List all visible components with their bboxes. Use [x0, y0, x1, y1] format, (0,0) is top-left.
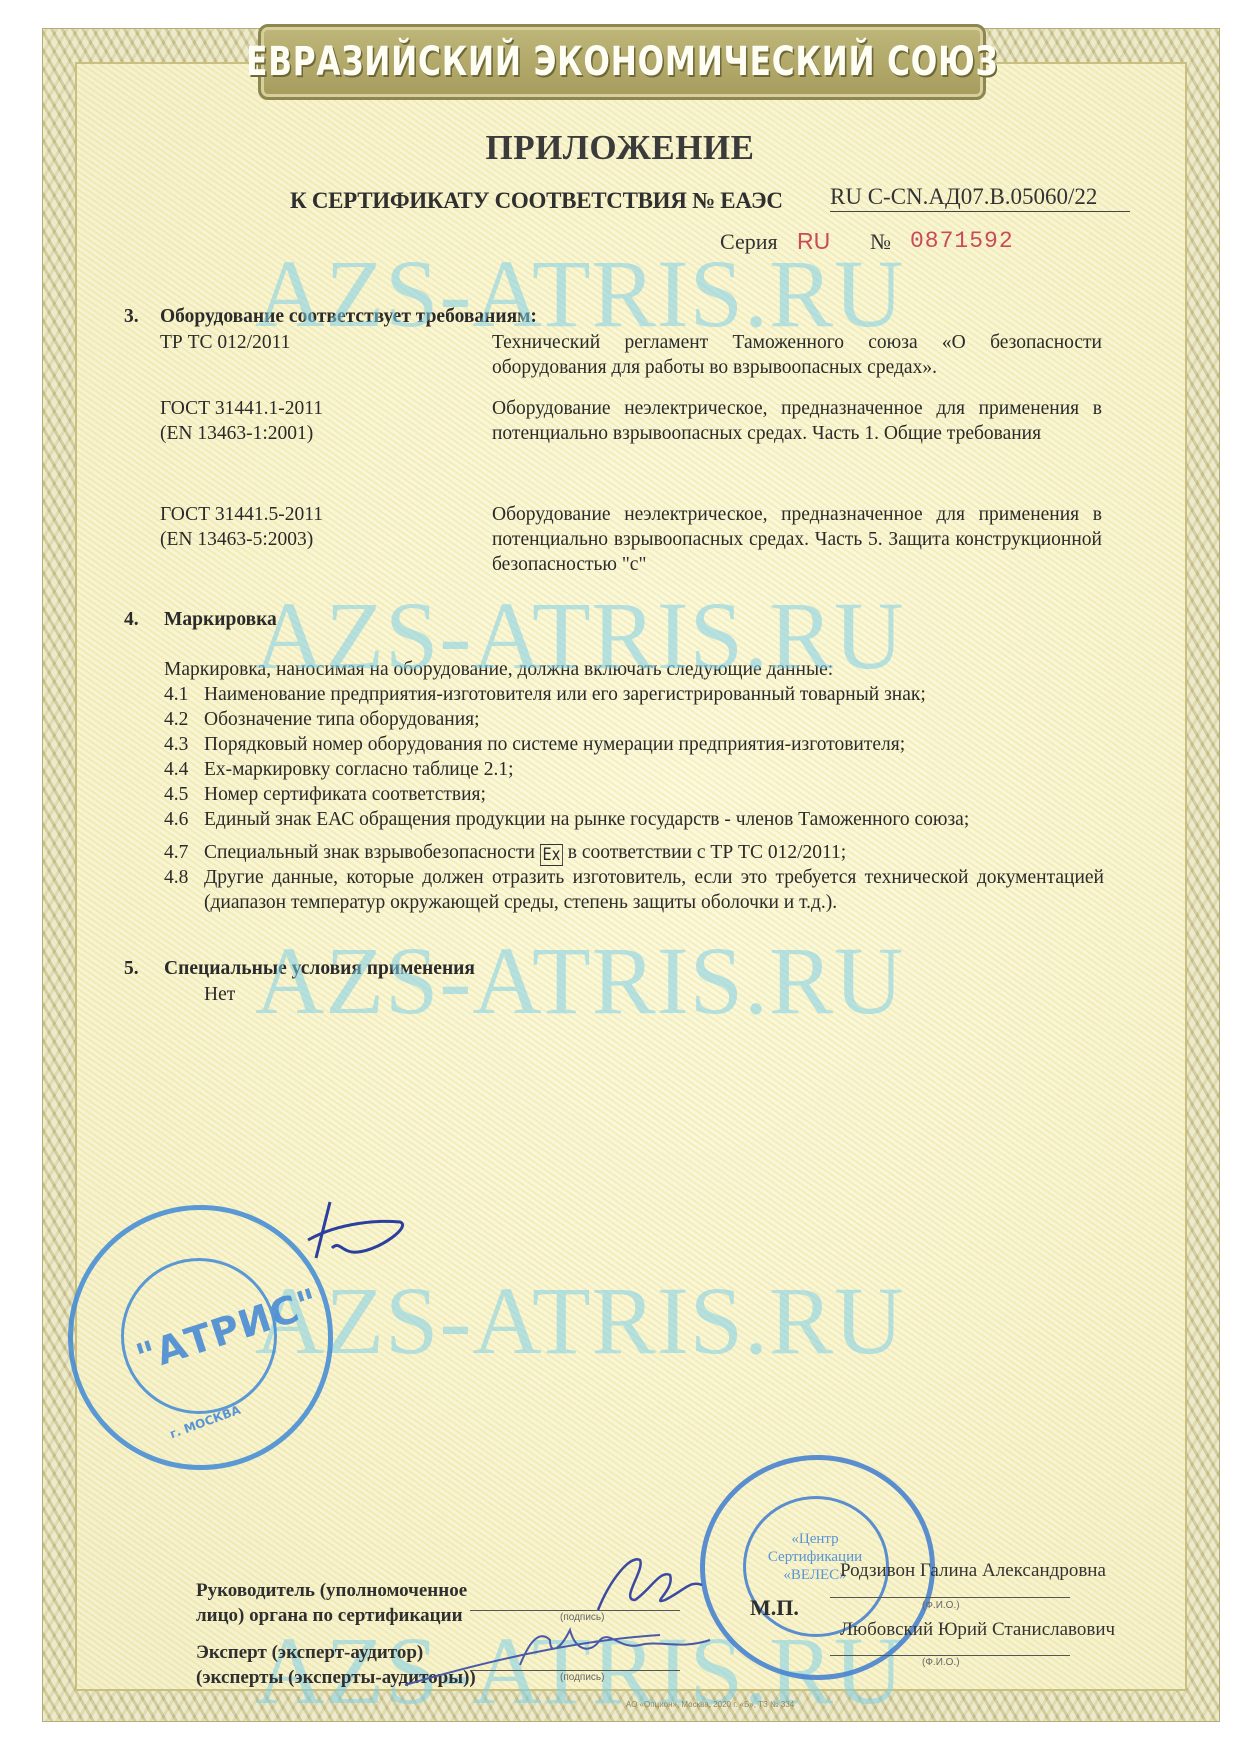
marking-item-num: 4.5	[164, 782, 188, 807]
marking-item-num: 4.2	[164, 707, 188, 732]
head-name: Родзивон Галина Александровна	[840, 1560, 1106, 1582]
eaeu-banner: ЕВРАЗИЙСКИЙ ЭКОНОМИЧЕСКИЙ СОЮЗ	[258, 24, 986, 100]
head-name-line	[830, 1597, 1070, 1598]
standard-description: Оборудование неэлектрическое, предназнач…	[492, 396, 1102, 446]
marking-item-num: 4.6	[164, 807, 188, 832]
page-title: ПРИЛОЖЕНИЕ	[0, 128, 1240, 168]
expert-signature	[400, 1610, 740, 1690]
marking-item-num: 4.8	[164, 865, 188, 890]
marking-item: Ех-маркировку согласно таблице 2.1;	[204, 757, 514, 782]
printer-imprint: АО «Опцион», Москва, 2020 г. «Б», ТЗ № 3…	[626, 1700, 794, 1709]
marking-intro: Маркировка, наносимая на оборудование, д…	[164, 657, 833, 682]
expert-name: Любовский Юрий Станиславович	[840, 1619, 1115, 1641]
standard-code: ТР ТС 012/2011	[160, 330, 290, 355]
marking-item-num: 4.1	[164, 682, 188, 707]
series-value: RU	[797, 228, 830, 255]
marking-item-num: 4.3	[164, 732, 188, 757]
marking-item: Наименование предприятия-изготовителя ил…	[204, 682, 926, 707]
standard-code: ГОСТ 31441.1-2011	[160, 396, 323, 421]
head-label: Руководитель (уполномоченное	[196, 1578, 467, 1603]
fio-caption: (Ф.И.О.)	[922, 1657, 960, 1668]
section5-value: Нет	[204, 982, 235, 1007]
marking-item-ex: Специальный знак взрывобезопасностиExв с…	[204, 840, 846, 866]
standard-description: Оборудование неэлектрическое, предназнач…	[492, 502, 1102, 577]
fio-caption: (Ф.И.О.)	[922, 1600, 960, 1611]
standard-code-en: (EN 13463-1:2001)	[160, 421, 313, 446]
standard-code-en: (EN 13463-5:2003)	[160, 527, 313, 552]
marking-item: Порядковый номер оборудования по системе…	[204, 732, 905, 757]
section3-heading: Оборудование соответствует требованиям:	[160, 304, 537, 329]
manufacturer-stamp: "АТРИС" г. МОСКВА	[68, 1205, 333, 1470]
seal-label: М.П.	[750, 1595, 799, 1621]
certificate-number: RU C-CN.АД07.В.05060/22	[830, 184, 1130, 212]
standard-code: ГОСТ 31441.5-2011	[160, 502, 323, 527]
marking-item: Номер сертификата соответствия;	[204, 782, 486, 807]
section4-number: 4.	[124, 607, 139, 632]
number-value: 0871592	[910, 228, 1014, 254]
certificate-subtitle: К СЕРТИФИКАТУ СООТВЕТСТВИЯ № ЕАЭС	[290, 188, 783, 214]
standard-description: Технический регламент Таможенного союза …	[492, 330, 1102, 380]
manufacturer-signature	[300, 1200, 410, 1270]
marking-item-num: 4.7	[164, 840, 188, 865]
section5-number: 5.	[124, 956, 139, 981]
number-label: №	[870, 229, 891, 255]
series-label: Серия	[720, 229, 778, 255]
expert-label: Эксперт (эксперт-аудитор)	[196, 1640, 423, 1665]
marking-item: Единый знак ЕАС обращения продукции на р…	[204, 807, 969, 832]
marking-item-num: 4.4	[164, 757, 188, 782]
section4-heading: Маркировка	[164, 607, 277, 632]
banner-text: ЕВРАЗИЙСКИЙ ЭКОНОМИЧЕСКИЙ СОЮЗ	[246, 39, 998, 85]
marking-item: Другие данные, которые должен отразить и…	[204, 865, 1104, 915]
marking-item-text: в соответствии с ТР ТС 012/2011;	[568, 842, 846, 863]
marking-item-text: Специальный знак взрывобезопасности	[204, 842, 535, 863]
expert-name-line	[830, 1655, 1070, 1656]
marking-item: Обозначение типа оборудования;	[204, 707, 480, 732]
section5-heading: Специальные условия применения	[164, 956, 475, 981]
ex-symbol-icon: Ex	[540, 844, 563, 866]
section3-number: 3.	[124, 304, 139, 329]
